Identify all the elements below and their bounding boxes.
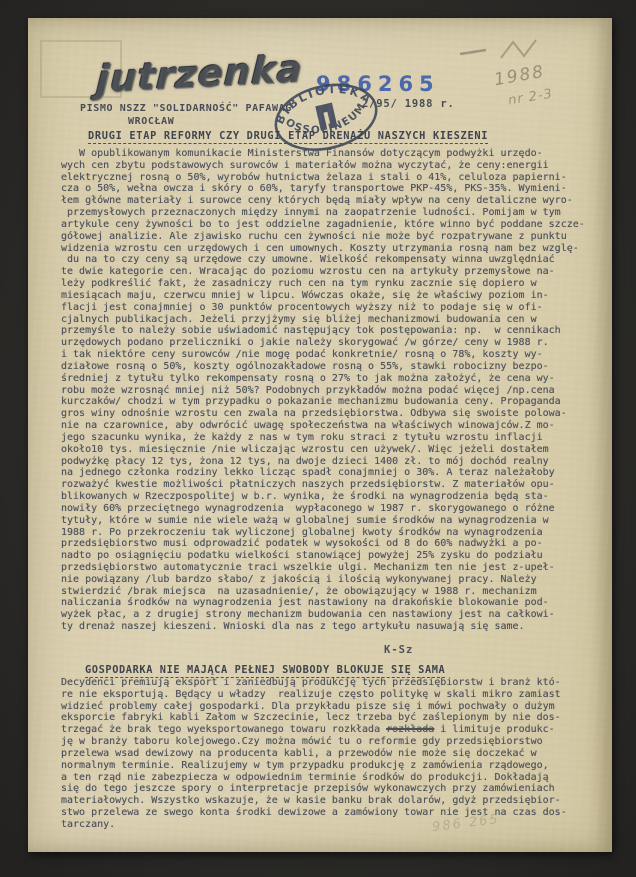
- text-line: eksporcie fabryki kabli Załom w Szczecin…: [61, 712, 567, 724]
- text-line: przedsiębiorstwo musi odprowadzić podate…: [61, 538, 585, 550]
- text-line: i tak niektóre ceny surowców /nie mogę p…: [61, 349, 585, 361]
- text-line: te dwie kategorie cen. Wracając do pozio…: [61, 266, 585, 278]
- text-line: ję w branży taboru kolejowego.Czy można …: [61, 736, 567, 748]
- text-line: stwierdzić /brak miejsca na uzasadnienie…: [61, 586, 585, 598]
- text-line: gros winy odnośnie wzrostu cen zwala na …: [61, 408, 585, 420]
- text-line: tarczany.: [61, 819, 567, 831]
- text-line: widzenia wzrostu cen urzędowych i cen um…: [61, 243, 585, 255]
- text-line: cza o 50%, wełna owcza i skóry o 60%, ta…: [61, 183, 585, 195]
- text-line: nie powiązany /lub bardzo słabo/ z jakoś…: [61, 574, 585, 586]
- article1-title: DRUGI ETAP REFORMY CZY DRUGI ETAP DRENAŻ…: [88, 130, 488, 144]
- text-line: jego szacunku wynika, że każdy z nas w t…: [61, 432, 585, 444]
- article1-signature: K-Sz: [384, 644, 413, 656]
- text-line: kurczaków/ chodzi w tym przypadku o poka…: [61, 396, 585, 408]
- text-line: podwyżkę płacy 12 tys, żona 12 tys, na d…: [61, 456, 585, 468]
- text-line: na jednego członka rodziny lekko licząc …: [61, 467, 585, 479]
- text-line: materiałowych. Wszystko wskazuje, że w k…: [61, 795, 567, 807]
- text-line: cjalnych publikacjach. Jeżeli przyjżymy …: [61, 314, 585, 326]
- pencil-note-number: nr 2-3: [507, 87, 554, 109]
- text-line: normalnym terminie. Realizujemy w tym pr…: [61, 760, 567, 772]
- article2-body: Decydenci premiują eksport i zaniedbują …: [61, 677, 567, 831]
- text-line: artykule ceny żywności bo to jest oddzie…: [61, 219, 585, 231]
- document-page: jutrzenka 986265 BIBLIOTEKA OSSOLINEUM P…: [28, 18, 612, 852]
- text-line: leży podkreślić fakt, że zasadniczy ruch…: [61, 278, 585, 290]
- text-line: przemyśle to należy sobie uświadomić nas…: [61, 325, 585, 337]
- publisher-block: PISMO NSZZ "SOLIDARNOŚĆ" PAFAWAG WROCŁAW: [80, 103, 292, 127]
- text-line: trzegać że brak tego wyeksportowanego to…: [61, 724, 567, 736]
- text-line: około10 tys. miesięcznie /nie wliczając …: [61, 444, 585, 456]
- text-line: wych cen zbytu podstawowych surowców i m…: [61, 160, 585, 172]
- text-line: a ten rząd nie zabezpiecza w odpowiednim…: [61, 772, 567, 784]
- text-line: blikowanych w Rzeczpospolitej w b.r. wyn…: [61, 491, 585, 503]
- issue-number: 2/95/ 1988 r.: [362, 98, 455, 110]
- text-line: miesiącach maju, czerwcu mniej w lipcu. …: [61, 290, 585, 302]
- text-line: nowiły 60% przeciętnego wynagrodzenia wy…: [61, 503, 585, 515]
- text-line: łem główne materiały i surowce ceny któr…: [61, 195, 585, 207]
- text-line: nie na czarownice, aby odwrócić uwagę sp…: [61, 420, 585, 432]
- publisher-line1: PISMO NSZZ "SOLIDARNOŚĆ" PAFAWAG: [80, 103, 292, 114]
- text-line: tytuły, które w sumie nie wiele ważą w g…: [61, 515, 585, 527]
- text-line: działowe rosną o 50%, koszty ogólnozakła…: [61, 361, 585, 373]
- text-line: du na to czy ceny są urzędowe czy umowne…: [61, 254, 585, 266]
- text-line: ty drenaż naszej kieszeni. Wnioski dla n…: [61, 621, 585, 633]
- text-line: gółowej analizie. Ale zjawisko ruchu cen…: [61, 231, 585, 243]
- text-line: urzędowych podano przeliczniki o jakie n…: [61, 337, 585, 349]
- text-line: elektrycznej rosną o 50%, wyrobów hutnic…: [61, 172, 585, 184]
- text-line: przedsiębiorstwo automatycznie traci wsz…: [61, 562, 585, 574]
- article1-body: W opublikowanym komunikacie Ministerstwa…: [61, 148, 585, 633]
- text-line: 1988 r. Po przekroczeniu tak wyliczonej …: [61, 527, 585, 539]
- text-line: przemysłowych przeznaczonych między inny…: [61, 207, 585, 219]
- text-line: średniej z tytułu tylko rekompensaty ros…: [61, 373, 585, 385]
- text-line: widzieć problemy całej gospodarki. Dla p…: [61, 701, 567, 713]
- text-line: się do tego jeszcze spory o interpretacj…: [61, 783, 567, 795]
- text-line: W opublikowanym komunikacie Ministerstwa…: [61, 148, 585, 160]
- scanned-document-photo: { "page": { "masthead_logo": "jutrzenka"…: [0, 0, 636, 877]
- text-line: przelewa wsad dewizowy na producenta kab…: [61, 748, 567, 760]
- text-line: flacji jest conajmniej o 30 punktów proc…: [61, 302, 585, 314]
- struck-word: rozkłada: [386, 724, 434, 735]
- publisher-line2: WROCŁAW: [128, 116, 292, 127]
- article2-title: GOSPODARKA NIE MAJĄCA PEŁNEJ SWOBODY BLO…: [85, 664, 445, 678]
- text-line: stwo przelewa ze swego konta środki dewi…: [61, 807, 567, 819]
- text-line: re nie eksportują. Będący u władzy reali…: [61, 689, 567, 701]
- text-line: rozważyć kwestie możliwości płatniczych …: [61, 479, 585, 491]
- text-line: Decydenci premiują eksport i zaniedbują …: [61, 677, 567, 689]
- text-line: naliczania środków na wynagrodzenia jest…: [61, 597, 585, 609]
- text-line: nadto po osiągnięciu podatku wielkości s…: [61, 550, 585, 562]
- text-line: wyżek płac, a z drugiej strony mechanizm…: [61, 609, 585, 621]
- text-line: robu może wzrosnąć mniej niż 50%? Podobn…: [61, 385, 585, 397]
